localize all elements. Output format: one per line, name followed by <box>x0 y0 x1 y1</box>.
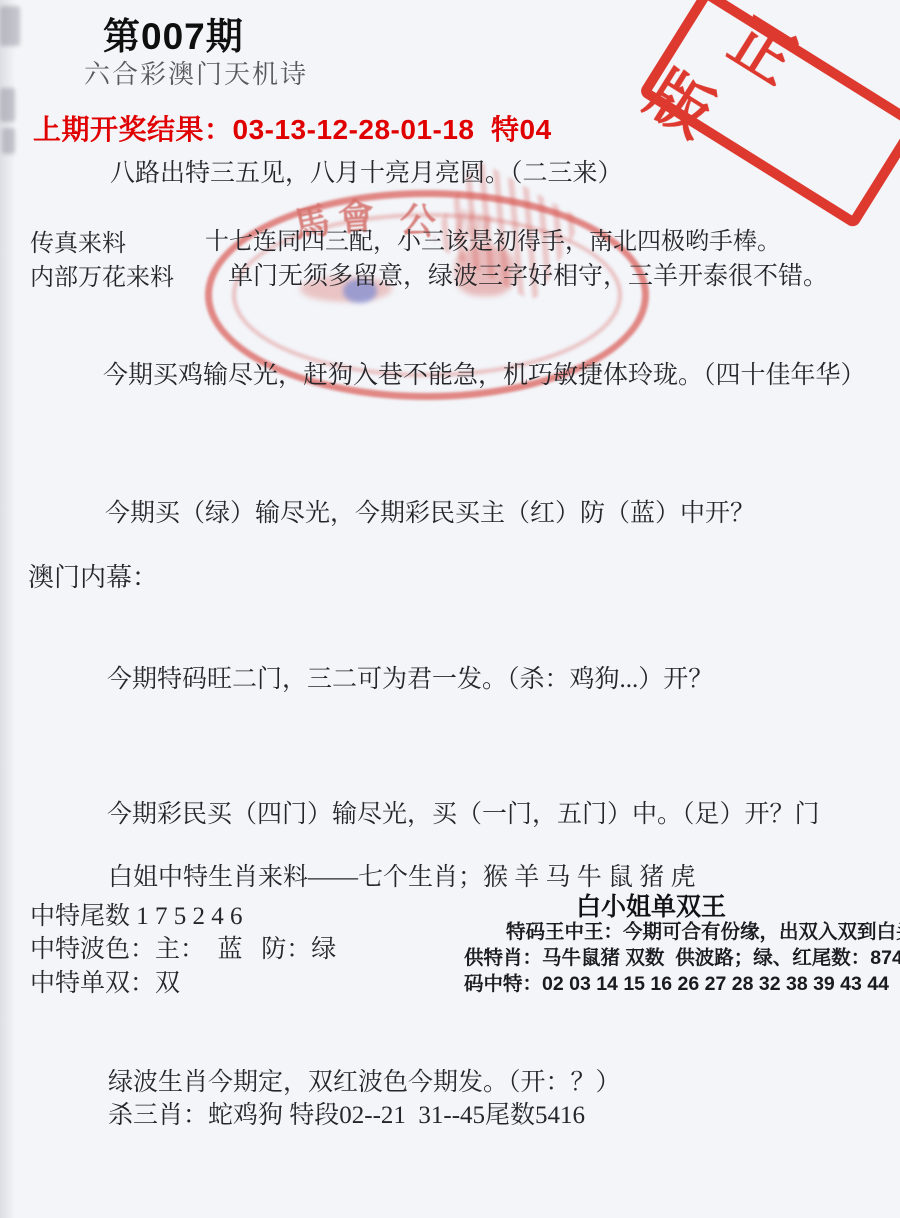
macau-insider-label: 澳门内幕： <box>28 563 158 593</box>
fax-source-text: 十七连同四三配，小三该是初得手，南北四极哟手棒。 <box>205 229 781 257</box>
baixiaojie-numbers-line: 码中特：02 03 14 15 16 26 27 28 32 38 39 43 … <box>464 973 889 995</box>
zodiac-tip-line: 白姐中特生肖来料——七个生肖；猴 羊 马 牛 鼠 猪 虎 <box>108 864 696 893</box>
special-odd-even: 中特单双：双 <box>30 970 180 999</box>
poem-green-line: 今期买（绿）输尽光，今期彩民买主（红）防（蓝）中开？ <box>105 500 755 529</box>
special-tail-numbers: 中特尾数 1 7 5 2 4 6 <box>30 903 243 932</box>
baixiaojie-heading: 白小姐单双王 <box>576 893 726 922</box>
tip-sheet-page: 馬 會 公 開 第007期 六合彩澳门天机诗 上期开奖结果：03-13-12-2… <box>0 0 900 1218</box>
footer-green-wave-line: 绿波生肖今期定，双红波色今期发。（开：？） <box>108 1069 621 1098</box>
genuine-stamp: 正版 <box>638 0 900 229</box>
fax-source-label: 传真来料 <box>30 231 126 259</box>
paper-edge <box>0 0 16 1218</box>
poem-chicken-line: 今期买鸡输尽光，赶狗入巷不能急，机巧敏捷体玲珑。（四十佳年华） <box>103 362 866 391</box>
genuine-stamp-text: 正版 <box>633 0 900 246</box>
baixiaojie-supply-line: 供特肖：马牛鼠猪 双数 供波路；绿、红尾数：8749 <box>464 947 900 969</box>
poem-two-doors-line: 今期特码旺二门，三二可为君一发。（杀：鸡狗...）开？ <box>107 666 713 695</box>
footer-kill-three-line: 杀三肖：蛇鸡狗 特段02--21 31--45尾数5416 <box>108 1102 585 1131</box>
poem-four-doors-line: 今期彩民买（四门）输尽光，买（一门，五门）中。（足）开？门 <box>107 801 820 830</box>
scan-smudge <box>0 88 15 122</box>
internal-source-label: 内部万花来料 <box>30 265 174 293</box>
poem-opening: 八路出特三五见，八月十亮月亮圆。（二三来） <box>110 160 623 189</box>
last-result-line: 上期开奖结果：03-13-12-28-01-18 特04 <box>33 114 552 146</box>
sheet-subtitle: 六合彩澳门天机诗 <box>84 60 308 90</box>
baixiaojie-king-line: 特码王中王：今期可合有份缘，出双入双到白头 <box>506 921 900 943</box>
internal-source-text: 单门无须多留意，绿波三字好相守，三羊开泰很不错。 <box>228 263 828 292</box>
scan-smudge <box>0 6 20 46</box>
special-wave-color: 中特波色：主： 蓝 防：绿 <box>30 936 336 965</box>
scan-smudge <box>2 128 15 154</box>
issue-title: 第007期 <box>103 16 244 59</box>
